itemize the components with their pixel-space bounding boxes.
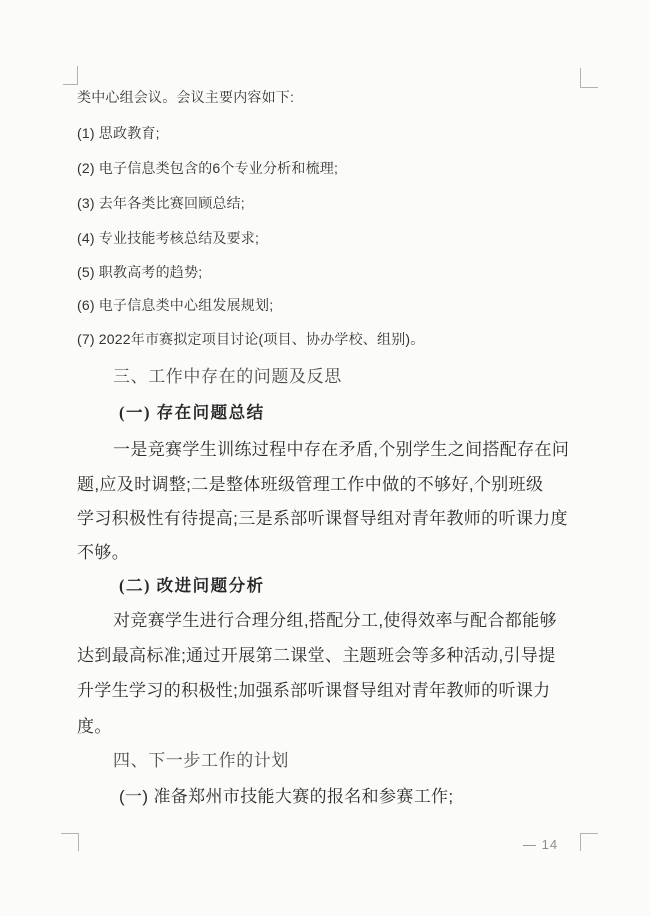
paragraph-1-line-2: 题,应及时调整;二是整体班级管理工作中做的不够好,个别班级 <box>77 475 543 495</box>
paragraph-2-line-4: 度。 <box>77 717 112 737</box>
agenda-item-1: (1) 思政教育; <box>77 125 160 142</box>
paragraph-1-line-3: 学习积极性有待提高;三是系部听课督导组对青年教师的听课力度 <box>77 509 568 529</box>
paragraph-2-line-1: 对竞赛学生进行合理分组,搭配分工,使得效率与配合都能够 <box>113 611 557 631</box>
paragraph-continuation-line: 类中心组会议。会议主要内容如下: <box>77 89 294 106</box>
margin-crop-mark-top-left <box>63 66 78 85</box>
agenda-item-2: (2) 电子信息类包含的6个专业分析和梳理; <box>77 160 338 177</box>
agenda-item-6: (6) 电子信息类中心组发展规划; <box>77 297 273 314</box>
subsection-heading-3-2: (二) 改进问题分析 <box>119 576 265 595</box>
margin-crop-mark-bottom-right <box>580 833 598 851</box>
subsection-heading-3-1: (一) 存在问题总结 <box>119 403 265 422</box>
section-heading-4: 四、下一步工作的计划 <box>113 751 289 771</box>
agenda-item-3: (3) 去年各类比赛回顾总结; <box>77 195 245 212</box>
document-page: 类中心组会议。会议主要内容如下: (1) 思政教育; (2) 电子信息类包含的6… <box>0 0 650 916</box>
agenda-item-7: (7) 2022年市赛拟定项目讨论(项目、协办学校、组别)。 <box>77 331 424 348</box>
margin-crop-mark-top-right <box>580 68 598 88</box>
agenda-item-4: (4) 专业技能考核总结及要求; <box>77 230 259 247</box>
page-number: — 14 <box>523 837 558 852</box>
margin-crop-mark-bottom-left <box>61 833 79 851</box>
paragraph-1-line-1: 一是竞赛学生训练过程中存在矛盾,个别学生之间搭配存在问 <box>113 440 569 460</box>
paragraph-2-line-2: 达到最高标准;通过开展第二课堂、主题班会等多种活动,引导提 <box>77 646 556 666</box>
agenda-item-5: (5) 职教高考的趋势; <box>77 264 202 281</box>
paragraph-2-line-3: 升学生学习的积极性;加强系部听课督导组对青年教师的听课力 <box>77 681 551 701</box>
section-heading-3: 三、工作中存在的问题及反思 <box>113 367 342 387</box>
section-4-item-1: (一) 准备郑州市技能大赛的报名和参赛工作; <box>119 787 453 807</box>
paragraph-1-line-4: 不够。 <box>77 543 129 563</box>
